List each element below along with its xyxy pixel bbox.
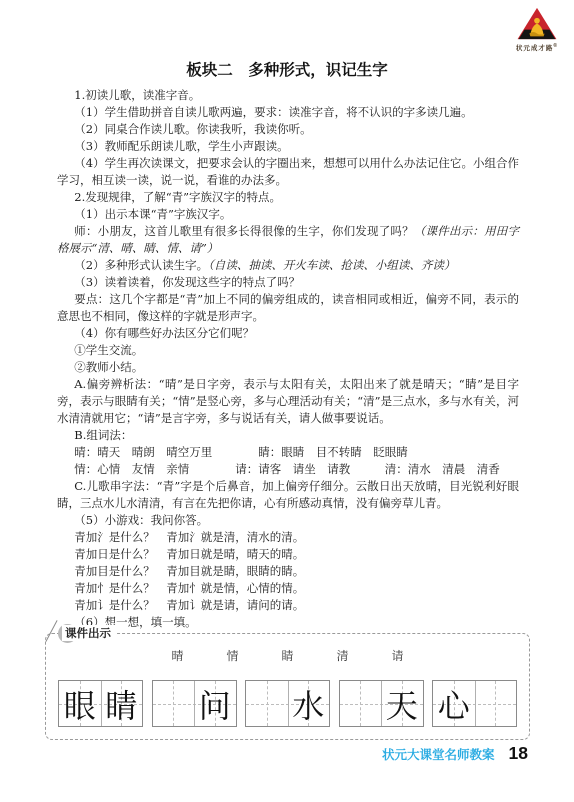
paragraph-line: 青加忄是什么？ 青加忄就是情，心情的情。 (57, 580, 519, 597)
text-run: ②教师小结。 (74, 360, 143, 374)
text-run: （4）学生再次读课文，把要求会认的字圈出来，想想可以用什么办法记住它。小组合作学… (57, 156, 519, 187)
word-bank-char: 睛 (281, 647, 293, 664)
paragraph-line: （2）多种形式认读生字。（自读、抽读、开火车读、抢读、小组读、齐读） (57, 257, 519, 274)
footer-brand: 状元大课堂名师教案 (382, 745, 495, 763)
text-run: 2.发现规律，了解“青”字族汉字的特点。 (74, 190, 281, 204)
paragraph-line: 1.初读儿歌，读准字音。 (57, 87, 519, 104)
text-run: 晴：晴天 晴朗 晴空万里 睛：眼睛 目不转睛 眨眼睛 (74, 445, 408, 459)
text-run: 青加目是什么？ 青加目就是睛，眼睛的睛。 (74, 564, 304, 578)
tian-zi-grid: 心 (432, 680, 517, 727)
text-run: （3）教师配乐朗读儿歌，学生小声跟读。 (74, 139, 288, 153)
text-run: 青加日是什么？ 青加日就是晴，晴天的晴。 (74, 547, 304, 561)
writing-grids-row: 眼睛问水天心 (46, 680, 529, 727)
text-run: （3）读着读着，你发现这些字的特点了吗？ (74, 275, 300, 289)
paragraph-line: ②教师小结。 (57, 359, 519, 376)
kai-note-text: （自读、抽读、开火车读、抢读、小组读、齐读） (208, 258, 455, 272)
brand-triangle-logo-icon (516, 6, 558, 42)
text-run: （5）小游戏：我问你答。 (74, 513, 208, 527)
tian-zi-grid: 问 (152, 680, 237, 727)
text-run: 情：心情 友情 亲情 请：请客 请坐 请教 清：清水 清晨 清香 (74, 462, 500, 476)
word-bank-char: 请 (392, 647, 404, 664)
grid-empty-cell (153, 681, 195, 726)
paragraph-line: （5）小游戏：我问你答。 (57, 512, 519, 529)
registered-mark: ® (553, 43, 558, 49)
paragraph-line: 晴：晴天 晴朗 晴空万里 睛：眼睛 目不转睛 眨眼睛 (57, 444, 519, 461)
text-run: 师：小朋友，这首儿歌里有很多长得很像的生字，你们发现了吗？ (74, 224, 414, 238)
text-run: （4）你有哪些好办法区分它们呢？ (74, 326, 254, 340)
grid-empty-cell (475, 681, 517, 726)
brand-text: 状元成才路® (509, 43, 565, 52)
word-bank-char: 清 (337, 647, 349, 664)
paragraph-line: 要点：这几个字都是“青”加上不同的偏旁组成的，读音相同或相近，偏旁不同，表示的意… (57, 291, 519, 325)
text-run: （2）多种形式认读生字。 (74, 258, 208, 272)
page: 状元成才路® 板块二 多种形式，识记生字 1.初读儿歌，读准字音。（1）学生借助… (0, 0, 574, 802)
page-title: 板块二 多种形式，识记生字 (0, 58, 574, 80)
paragraph-line: （3）读着读着，你发现这些字的特点了吗？ (57, 274, 519, 291)
grid-character: 天 (381, 681, 423, 726)
courseware-box: 课件出示 晴情睛清请 眼睛问水天心 (45, 633, 530, 740)
paragraph-line: 青加氵是什么？ 青加氵就是清，清水的清。 (57, 529, 519, 546)
text-run: A.偏旁辨析法：“晴”是日字旁，表示与太阳有关，太阳出来了就是晴天；“睛”是目字… (57, 377, 519, 425)
text-run: 青加氵是什么？ 青加氵就是清，清水的清。 (74, 530, 304, 544)
paragraph-line: B.组词法： (57, 427, 519, 444)
paragraph-line: （1）出示本课“青”字族汉字。 (57, 206, 519, 223)
paragraph-line: C.儿歌串字法：“青”字是个后鼻音，加上偏旁仔细分。云散日出天放晴，目光锐利好眼… (57, 478, 519, 512)
text-run: 青加忄是什么？ 青加忄就是情，心情的情。 (74, 581, 304, 595)
text-run: C.儿歌串字法：“青”字是个后鼻音，加上偏旁仔细分。云散日出天放晴，目光锐利好眼… (57, 479, 519, 510)
paragraph-line: 青加讠是什么？ 青加讠就是请，请问的请。 (57, 597, 519, 614)
word-bank: 晴情睛清请 (46, 647, 529, 664)
grid-character: 眼 (59, 681, 101, 726)
logo: 状元成才路® (509, 6, 565, 52)
paragraph-line: （4）你有哪些好办法区分它们呢？ (57, 325, 519, 342)
grid-empty-cell (340, 681, 382, 726)
grid-character: 水 (288, 681, 330, 726)
page-number: 18 (509, 743, 528, 764)
paragraph-line: 青加目是什么？ 青加目就是睛，眼睛的睛。 (57, 563, 519, 580)
paragraphs: 1.初读儿歌，读准字音。（1）学生借助拼音自读儿歌两遍，要求：读准字音，将不认识… (57, 87, 519, 631)
text-run: （1）出示本课“青”字族汉字。 (74, 207, 231, 221)
footer: 状元大课堂名师教案 18 (382, 743, 528, 764)
text-run: （1）学生借助拼音自读儿歌两遍，要求：读准字音，将不认识的字多读几遍。 (74, 105, 472, 119)
tian-zi-grid: 眼睛 (58, 680, 143, 727)
paragraph-line: （6）想一想，填一填。 (57, 614, 519, 631)
label-slash-decoration (45, 620, 57, 642)
paragraph-line: 2.发现规律，了解“青”字族汉字的特点。 (57, 189, 519, 206)
text-run: （2）同桌合作读儿歌。你读我听，我读你听。 (74, 122, 311, 136)
paragraph-line: （3）教师配乐朗读儿歌，学生小声跟读。 (57, 138, 519, 155)
paragraph-line: A.偏旁辨析法：“晴”是日字旁，表示与太阳有关，太阳出来了就是晴天；“睛”是目字… (57, 376, 519, 427)
word-bank-char: 晴 (171, 647, 183, 664)
paragraph-line: （2）同桌合作读儿歌。你读我听，我读你听。 (57, 121, 519, 138)
paragraph-line: 青加日是什么？ 青加日就是晴，晴天的晴。 (57, 546, 519, 563)
text-run: 1.初读儿歌，读准字音。 (74, 88, 200, 102)
text-run: 要点：这几个字都是“青”加上不同的偏旁组成的，读音相同或相近，偏旁不同，表示的意… (57, 292, 519, 323)
grid-character: 问 (194, 681, 236, 726)
grid-empty-cell (246, 681, 288, 726)
grid-character: 睛 (101, 681, 143, 726)
paragraph-line: 情：心情 友情 亲情 请：请客 请坐 请教 清：清水 清晨 清香 (57, 461, 519, 478)
paragraph-line: 师：小朋友，这首儿歌里有很多长得很像的生字，你们发现了吗？（课件出示：用田字格展… (57, 223, 519, 257)
text-run: 青加讠是什么？ 青加讠就是请，请问的请。 (74, 598, 304, 612)
text-run: B.组词法： (74, 428, 132, 442)
paragraph-line: （4）学生再次读课文，把要求会认的字圈出来，想想可以用什么办法记住它。小组合作学… (57, 155, 519, 189)
tian-zi-grid: 水 (245, 680, 330, 727)
paragraph-line: ①学生交流。 (57, 342, 519, 359)
tian-zi-grid: 天 (339, 680, 424, 727)
word-bank-char: 情 (226, 647, 238, 664)
paragraph-line: （1）学生借助拼音自读儿歌两遍，要求：读准字音，将不认识的字多读几遍。 (57, 104, 519, 121)
grid-character: 心 (433, 681, 475, 726)
courseware-box-label: 课件出示 (62, 625, 117, 641)
text-run: ①学生交流。 (74, 343, 143, 357)
